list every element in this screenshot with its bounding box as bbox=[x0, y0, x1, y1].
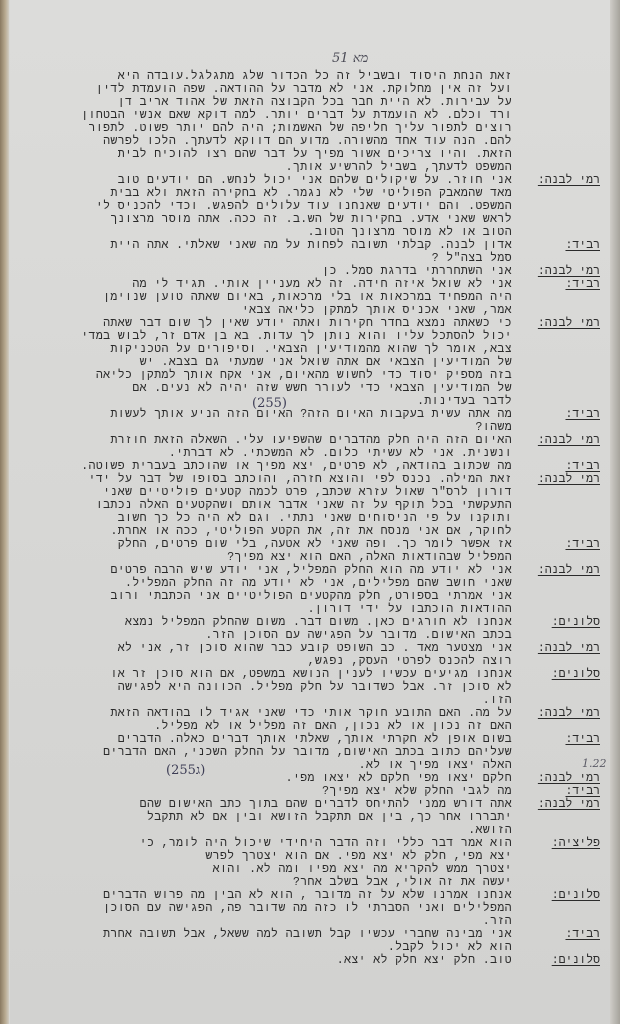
text-line: אני אמרתי בספורט, חלק מהקטעים הפוליטיים … bbox=[60, 590, 512, 603]
book-binding-edge bbox=[0, 0, 9, 1024]
text-line: לראש שאני אדע. בחקירות של הש.ב. זה ככה. … bbox=[60, 213, 512, 226]
text-line: אני השתחררתי בדרגת סמל. כן bbox=[60, 265, 512, 278]
speech-text: אני השתחררתי בדרגת סמל. כן bbox=[60, 265, 512, 278]
text-line: אמר, שאני אכניס אותך למתקן כליאה צבאי bbox=[60, 304, 512, 317]
text-line: יכול להסתכל עליו והוא נותן לך עדות. בא ב… bbox=[60, 330, 512, 343]
text-line: אנחנו אמרנו שלא על זה מדובר , הוא לא הבי… bbox=[60, 889, 512, 902]
speech-text: הוא אמר דבר כללי וזה הדבר היחידי שיכול ה… bbox=[60, 837, 512, 889]
text-line: המפלילים ואני הסברתי לו כזה מה שדובר פה,… bbox=[60, 902, 512, 915]
transcript-entry: רביד:מה לגבי החלק שלא יצא מפיך? bbox=[60, 785, 600, 798]
text-line: הזושא. bbox=[60, 824, 512, 837]
transcript-entry: רביד:בשום אופן לא חקרתי אותך, שאלתי אותך… bbox=[60, 733, 600, 772]
speaker-label: רביד: bbox=[512, 278, 600, 291]
speaker-label: רמי לבנה: bbox=[512, 707, 600, 720]
text-line: אדון לבנה. קבלתי תשובה לפחות על מה שאני … bbox=[60, 239, 512, 252]
handwritten-annotation: (255) bbox=[252, 396, 287, 411]
text-line: המשפט לדעתך, בשביל להרשיע אותך. bbox=[60, 161, 512, 174]
speech-text: אני לא שואל איזה חידה. זה לא מעניין אותי… bbox=[60, 278, 512, 317]
speaker-label: רביד: bbox=[512, 928, 600, 941]
text-line: לא סוכן זר. אבל כשדובר על חלק מפליל. הכו… bbox=[60, 681, 512, 694]
speech-text: אני מבינה שחברי עכשיו קבל תשובה למה ששאל… bbox=[60, 928, 512, 954]
speaker-label: רביד: bbox=[512, 785, 600, 798]
transcript-entry: רמי לבנה:זאת המילה. נכנס לפי והוצא חזרה,… bbox=[60, 473, 600, 538]
text-line: אני לא יודע מה הוא החלק המפליל, אני יודע… bbox=[60, 564, 512, 577]
transcript-entry: סלונים:אנחנו מגיעים עכשיו לענין הנושא במ… bbox=[60, 668, 600, 707]
text-line: בשום אופן לא חקרתי אותך, שאלתי אותך דברי… bbox=[60, 733, 512, 746]
text-line: הזו. bbox=[60, 694, 512, 707]
text-line: מה שכתוב בהודאה, לא פרטים, יצא מפיך או ש… bbox=[60, 460, 512, 473]
text-line: אז אפשר לומר כך. ופה שאני לא אטעה, בלי ש… bbox=[60, 538, 512, 551]
text-line: בכתב האישום. מדובר על הפגישה עם הסוכן הז… bbox=[60, 629, 512, 642]
speaker-label: רמי לבנה: bbox=[512, 772, 600, 785]
speech-text: מה שכתוב בהודאה, לא פרטים, יצא מפיך או ש… bbox=[60, 460, 512, 473]
text-line: התעקשתי בכל תוקף על זה שאני אדבר אותם וש… bbox=[60, 499, 512, 512]
text-line: אנחנו מגיעים עכשיו לענין הנושא במשפט, אם… bbox=[60, 668, 512, 681]
text-line: אתה דורש ממני להתיחס לדברים שהם בתוך כתב… bbox=[60, 798, 512, 811]
text-line: אני מצטער מאד . כב השופט קובע כבר שהוא ס… bbox=[60, 642, 512, 655]
speaker-label: רמי לבנה: bbox=[512, 317, 600, 330]
text-line: שאני חושב שהם מפלילים, אני לא יודע מה זה… bbox=[60, 577, 512, 590]
text-line: שעליהם כתוב בכתב האישום, מדובר על החלק ה… bbox=[60, 746, 512, 759]
speech-text: מה אתה עשית בעקבות האיום הזה? האיום הזה … bbox=[60, 408, 512, 434]
speech-text: אני לא יודע מה הוא החלק המפליל, אני יודע… bbox=[60, 564, 512, 616]
speaker-label: רמי לבנה: bbox=[512, 174, 600, 187]
margin-note: 1.22 bbox=[582, 757, 607, 770]
text-line: ועל זה אין מחלוקת. אני לא מדבר על ההודאה… bbox=[60, 83, 512, 96]
text-line: אני חוזר. על שיקולים שלהם אני יכול לנחש.… bbox=[60, 174, 512, 187]
text-line: משהו? bbox=[60, 421, 512, 434]
speaker-label: רביד: bbox=[512, 538, 600, 551]
speaker-label: רמי לבנה: bbox=[512, 473, 600, 486]
text-line: דורון לרס"ר שאול עזרא שכתב, פרט לכמה קטע… bbox=[60, 486, 512, 499]
speaker-label: פליציה: bbox=[512, 837, 600, 850]
text-line: זאת המילה. נכנס לפי והוצא חזרה, והוכתב ב… bbox=[60, 473, 512, 486]
text-line: של המודיעין הצבאי אם אתה שואל אני שמעתי … bbox=[60, 356, 512, 369]
speech-text: טוב. חלק יצא חלק לא יצא. bbox=[60, 954, 512, 967]
speaker-label: רמי לבנה: bbox=[512, 642, 600, 655]
transcript-entry: רביד:אז אפשר לומר כך. ופה שאני לא אטעה, … bbox=[60, 538, 600, 564]
text-line: אנחנו לא חורגים כאן. משום דבר. משום שהחל… bbox=[60, 616, 512, 629]
transcript-entry: רביד:אני לא שואל איזה חידה. זה לא מעניין… bbox=[60, 278, 600, 317]
transcript-entry: רמי לבנה:כי כשאתה נמצא בחדר חקירות ואתה … bbox=[60, 317, 600, 408]
text-line: יעשה את זה אולי, אבל בשלב אחר? bbox=[60, 876, 512, 889]
text-line: מאד שהמאבק הפוליטי שלי לא נגמר. לא בחקיר… bbox=[60, 187, 512, 200]
text-line: טוב. חלק יצא חלק לא יצא. bbox=[60, 954, 512, 967]
text-line: יצטרך ממש להקריא מה יצא מפיו ומה לא. והו… bbox=[60, 863, 512, 876]
text-line: רוצים לתפור עליך חליפה של האשמות; היה לה… bbox=[60, 122, 512, 135]
speech-text: אנחנו לא חורגים כאן. משום דבר. משום שהחל… bbox=[60, 616, 512, 642]
transcript-entry: רמי לבנה:אני חוזר. על שיקולים שלהם אני י… bbox=[60, 174, 600, 239]
transcript-entry: זאת הנחת היסוד ובשביל זה כל הכדור שלג מת… bbox=[60, 70, 600, 174]
speaker-label: רביד: bbox=[512, 239, 600, 252]
text-line: כי כשאתה נמצא בחדר חקירות ואתה יודע שאין… bbox=[60, 317, 512, 330]
text-line: האלה יצאו מפיך או לא. bbox=[60, 759, 512, 772]
text-line: מה לגבי החלק שלא יצא מפיך? bbox=[60, 785, 512, 798]
transcript-entry: סלונים:אנחנו אמרנו שלא על זה מדובר , הוא… bbox=[60, 889, 600, 928]
speaker-label: רמי לבנה: bbox=[512, 434, 600, 447]
text-line: אני לא שואל איזה חידה. זה לא מעניין אותי… bbox=[60, 278, 512, 291]
transcript-entry: רמי לבנה:האיום הזה היה חלק מהדברים שהשפי… bbox=[60, 434, 600, 460]
transcript-entry: רמי לבנה:אני מצטער מאד . כב השופט קובע כ… bbox=[60, 642, 600, 668]
text-line: האם זה נכון או לא נכון, האם זה מפליל או … bbox=[60, 720, 512, 733]
text-line: על עבירות. לא היית חבר בכל הקבוצה הזאת ש… bbox=[60, 96, 512, 109]
speech-text: אדון לבנה. קבלתי תשובה לפחות על מה שאני … bbox=[60, 239, 512, 265]
speech-text: מה לגבי החלק שלא יצא מפיך? bbox=[60, 785, 512, 798]
text-line: המפליל שבהודאות האלה, האם הוא יצא מפיך? bbox=[60, 551, 512, 564]
transcript-entry: רמי לבנה:אתה דורש ממני להתיחס לדברים שהם… bbox=[60, 798, 600, 837]
text-line: זאת הנחת היסוד ובשביל זה כל הכדור שלג מת… bbox=[60, 70, 512, 83]
text-line: ונשנית. אני לא עשיתי כלום. לא המשכתי. לא… bbox=[60, 447, 512, 460]
text-line: סמל בצה"ל ? bbox=[60, 252, 512, 265]
speech-text: חלקם יצאו מפי חלקם לא יצאו מפי. bbox=[60, 772, 512, 785]
text-line: חלקם יצאו מפי חלקם לא יצאו מפי. bbox=[60, 772, 512, 785]
court-transcript: זאת הנחת היסוד ובשביל זה כל הכדור שלג מת… bbox=[60, 70, 600, 967]
speaker-label: סלונים: bbox=[512, 889, 600, 902]
text-line: בזה מספיק יסוד כדי לחשוש מהאיום, אני אקח… bbox=[60, 369, 512, 382]
text-line: המשפט. והם יודעים שאנחנו עוד עלולים להפג… bbox=[60, 200, 512, 213]
text-line: הוא אמר דבר כללי וזה הדבר היחידי שיכול ה… bbox=[60, 837, 512, 850]
transcript-entry: רמי לבנה:חלקם יצאו מפי חלקם לא יצאו מפי. bbox=[60, 772, 600, 785]
transcript-entry: סלונים:טוב. חלק יצא חלק לא יצא. bbox=[60, 954, 600, 967]
speech-text: אז אפשר לומר כך. ופה שאני לא אטעה, בלי ש… bbox=[60, 538, 512, 564]
transcript-entry: רביד:אדון לבנה. קבלתי תשובה לפחות על מה … bbox=[60, 239, 600, 265]
speech-text: על מה. האם התובע חוקר אותי כדי שאני אגיד… bbox=[60, 707, 512, 733]
text-line: ורד וכלם. לא הועמדת על דברים יותר. למה ד… bbox=[60, 109, 512, 122]
page-edge bbox=[610, 0, 620, 1024]
speaker-label: רביד: bbox=[512, 733, 600, 746]
transcript-entry: רביד:מה אתה עשית בעקבות האיום הזה? האיום… bbox=[60, 408, 600, 434]
speech-text: כי כשאתה נמצא בחדר חקירות ואתה יודע שאין… bbox=[60, 317, 512, 408]
speech-text: זאת הנחת היסוד ובשביל זה כל הכדור שלג מת… bbox=[60, 70, 512, 174]
transcript-entry: רביד:מה שכתוב בהודאה, לא פרטים, יצא מפיך… bbox=[60, 460, 600, 473]
text-line: צבא, אומר לך שהוא מהמודיעין הצבאי. וסיפו… bbox=[60, 343, 512, 356]
transcript-entry: רמי לבנה:אני השתחררתי בדרגת סמל. כן bbox=[60, 265, 600, 278]
text-line: יתבררו אחר כך, בין אם תתקבל הזושא ובין א… bbox=[60, 811, 512, 824]
text-line: להם. הנה עוד אחד מהשורה. מדוע הם דווקא ל… bbox=[60, 135, 512, 148]
text-line: של המודיעין הצבאי כדי לעורר חשש שזה יהיה… bbox=[60, 382, 512, 395]
text-line: יצא מפי, חלק לא יצא מפי. אם הוא יצטרך לפ… bbox=[60, 850, 512, 863]
speaker-label: רביד: bbox=[512, 460, 600, 473]
speech-text: אני מצטער מאד . כב השופט קובע כבר שהוא ס… bbox=[60, 642, 512, 668]
speaker-label: רמי לבנה: bbox=[512, 798, 600, 811]
speaker-label: רמי לבנה: bbox=[512, 564, 600, 577]
speaker-label: סלונים: bbox=[512, 954, 600, 967]
transcript-entry: סלונים:אנחנו לא חורגים כאן. משום דבר. מש… bbox=[60, 616, 600, 642]
text-line: אני מבינה שחברי עכשיו קבל תשובה למה ששאל… bbox=[60, 928, 512, 941]
speech-text: האיום הזה היה חלק מהדברים שהשפיעו עלי. ה… bbox=[60, 434, 512, 460]
transcript-entry: פליציה:הוא אמר דבר כללי וזה הדבר היחידי … bbox=[60, 837, 600, 889]
text-line: הזאת. והיו צריכים אשור מפיך על דבר שהם ר… bbox=[60, 148, 512, 161]
text-line: רוצה להכנס לפרטי העסק, נפגש, bbox=[60, 655, 512, 668]
speaker-label: סלונים: bbox=[512, 616, 600, 629]
text-line: הטוב או לא מוסר מרצונך הטוב. bbox=[60, 226, 512, 239]
speaker-label: רביד: bbox=[512, 408, 600, 421]
speech-text: אנחנו מגיעים עכשיו לענין הנושא במשפט, אם… bbox=[60, 668, 512, 707]
speech-text: אני חוזר. על שיקולים שלהם אני יכול לנחש.… bbox=[60, 174, 512, 239]
speaker-label: סלונים: bbox=[512, 668, 600, 681]
transcript-entry: רביד:אני מבינה שחברי עכשיו קבל תשובה למה… bbox=[60, 928, 600, 954]
handwritten-annotation: (ג255) bbox=[166, 762, 205, 778]
speech-text: זאת המילה. נכנס לפי והוצא חזרה, והוכתב ב… bbox=[60, 473, 512, 538]
text-line: ההודאות הוכתבו על ידי דורון. bbox=[60, 603, 512, 616]
speaker-label: רמי לבנה: bbox=[512, 265, 600, 278]
speech-text: אנחנו אמרנו שלא על זה מדובר , הוא לא הבי… bbox=[60, 889, 512, 928]
text-line: הזר. bbox=[60, 915, 512, 928]
text-line: ותוקנו על פי הניסוחים שאני נתתי. וגם לא … bbox=[60, 512, 512, 525]
speech-text: בשום אופן לא חקרתי אותך, שאלתי אותך דברי… bbox=[60, 733, 512, 772]
transcript-entry: רמי לבנה:על מה. האם התובע חוקר אותי כדי … bbox=[60, 707, 600, 733]
text-line: היה המפחיד במרכאות או בלי מרכאות, באיום … bbox=[60, 291, 512, 304]
transcript-entry: רמי לבנה:אני לא יודע מה הוא החלק המפליל,… bbox=[60, 564, 600, 616]
speech-text: אתה דורש ממני להתיחס לדברים שהם בתוך כתב… bbox=[60, 798, 512, 837]
text-line: האיום הזה היה חלק מהדברים שהשפיעו עלי. ה… bbox=[60, 434, 512, 447]
handwritten-page-number: 51 מא bbox=[332, 50, 368, 66]
text-line: לחוקר, אם אני מנסח את זה, את הקטע הפוליט… bbox=[60, 525, 512, 538]
text-line: על מה. האם התובע חוקר אותי כדי שאני אגיד… bbox=[60, 707, 512, 720]
text-line: הוא לא יכול לקבל. bbox=[60, 941, 512, 954]
